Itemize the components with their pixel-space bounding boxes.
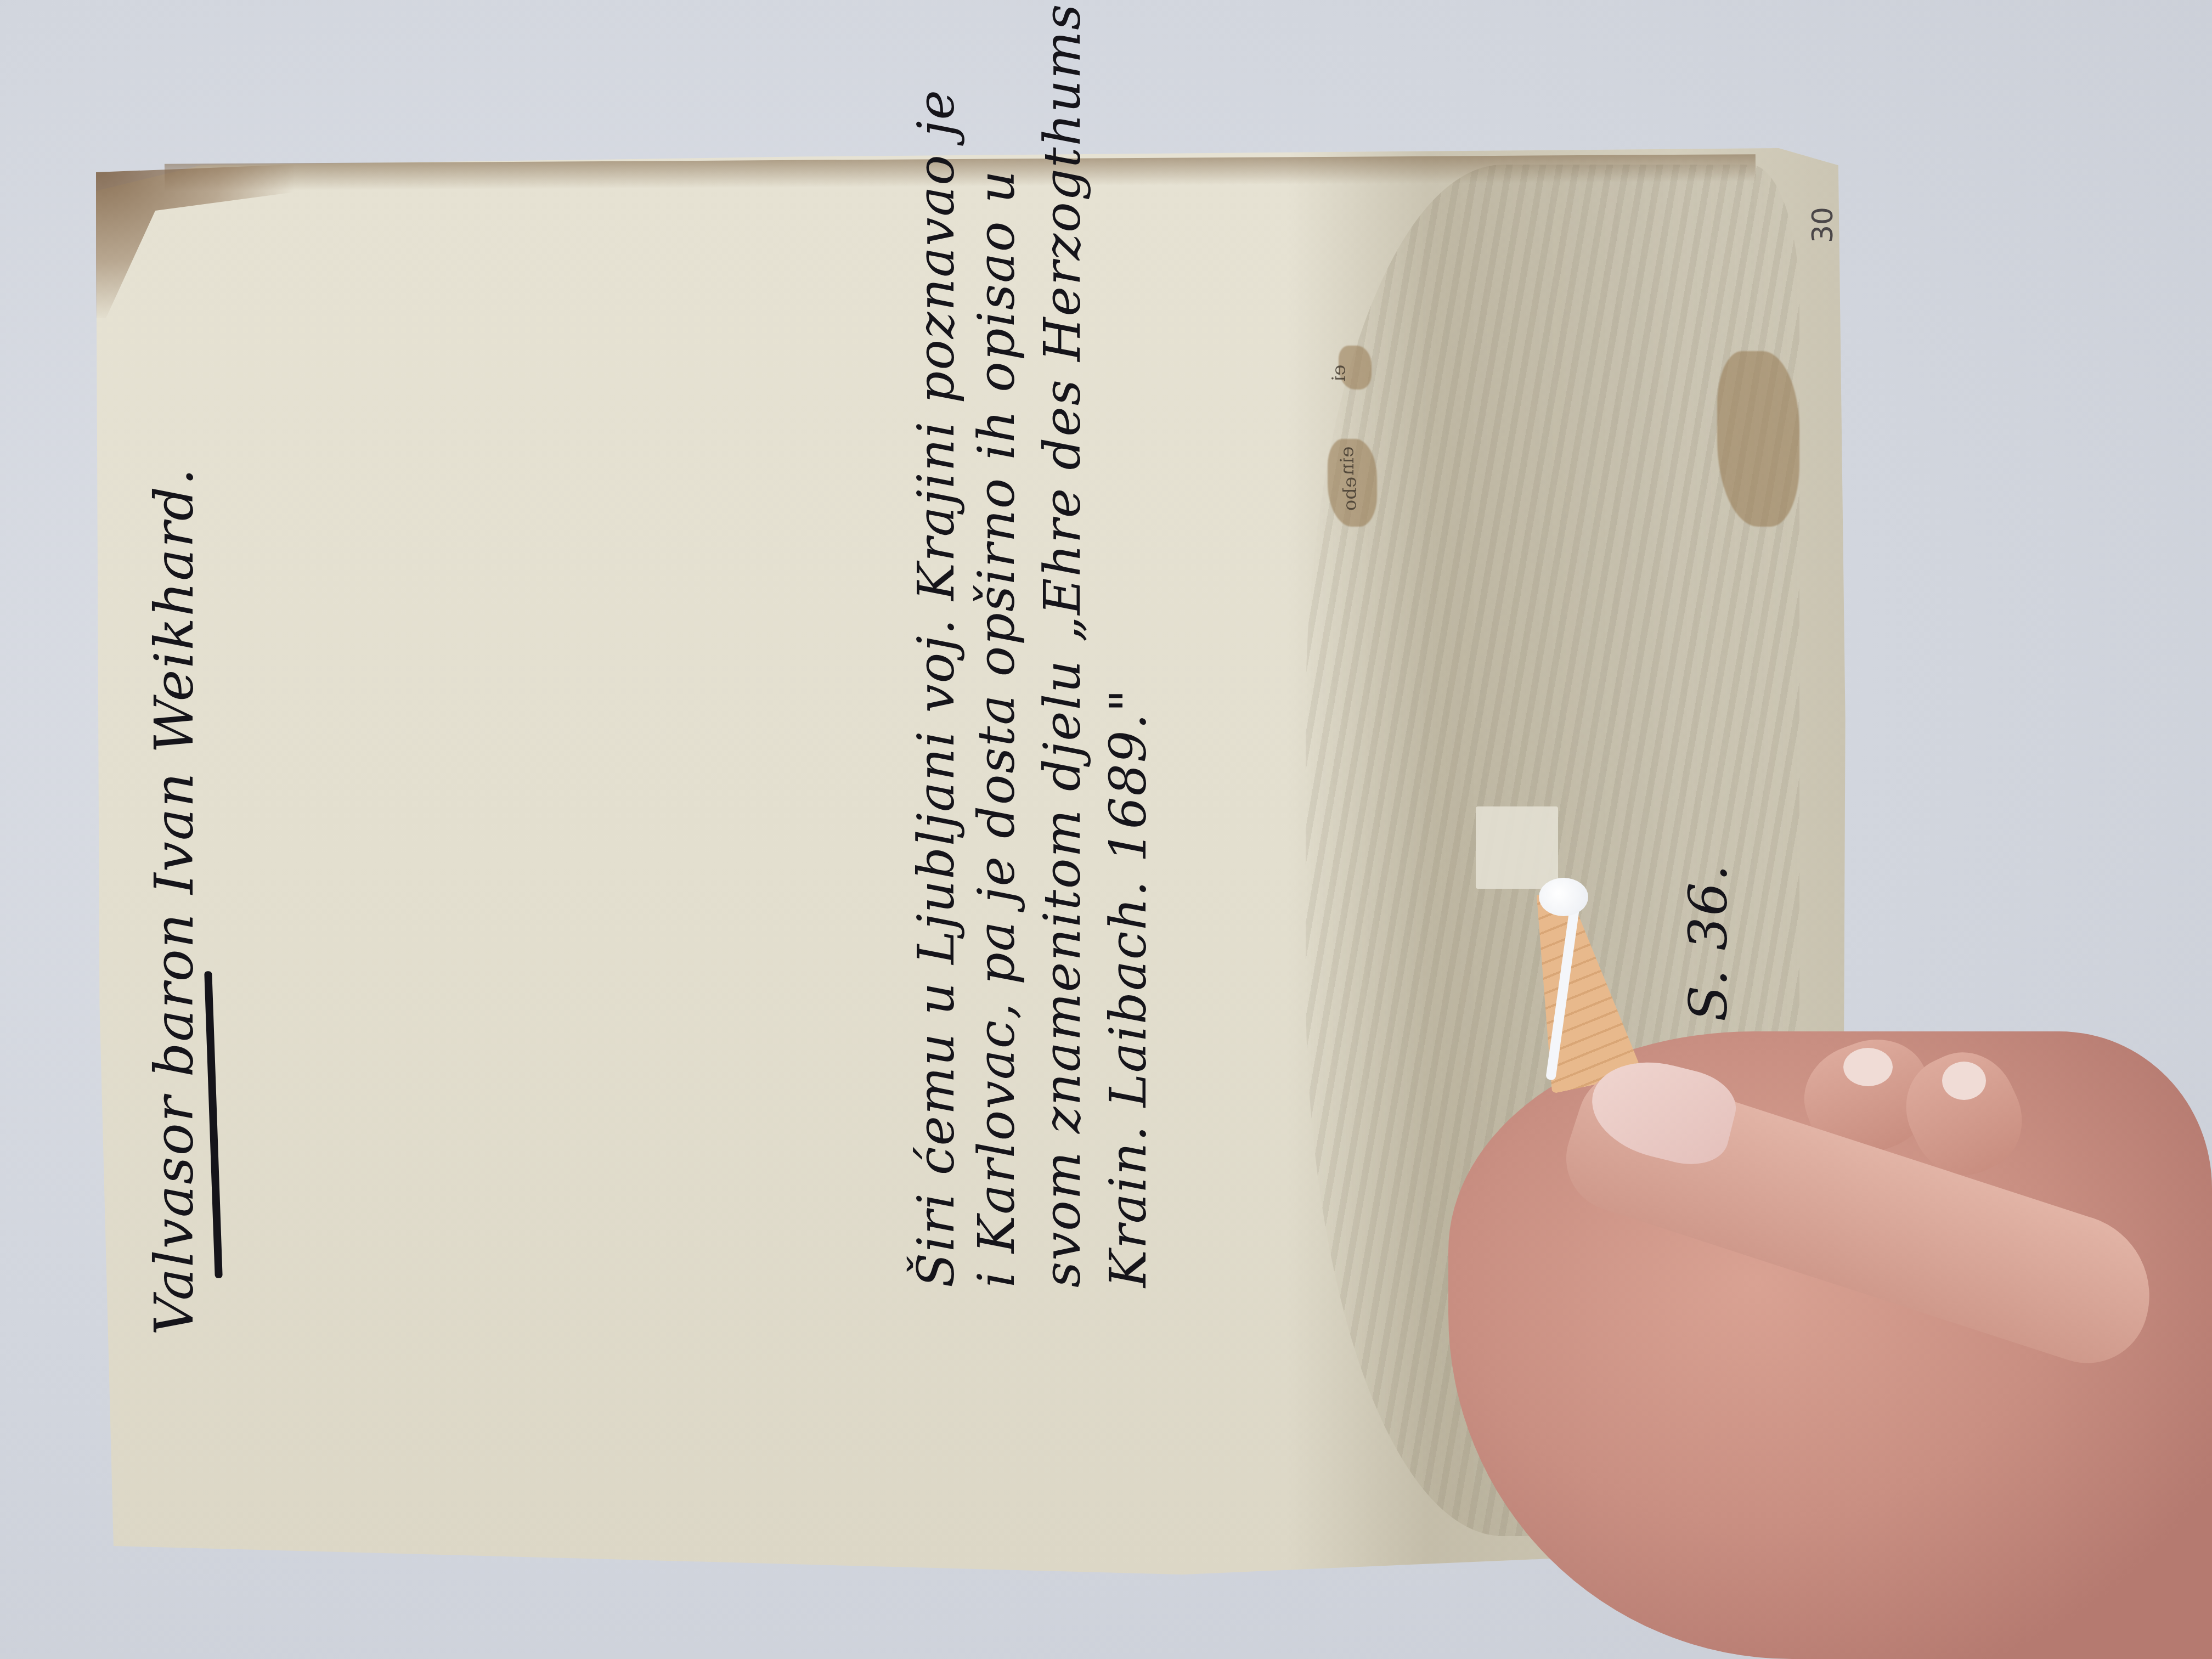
- residue-text: ein: [1336, 447, 1358, 476]
- residue-text: ei: [1328, 365, 1350, 382]
- swab-cotton-tip: [1539, 878, 1588, 916]
- body-line-3: svom znamenitom djelu „Ehre des Herzogth…: [1033, 3, 1092, 1288]
- body-line-1: Širi ćemu u Ljubljani voj. Krajini pozna…: [907, 89, 966, 1288]
- body-line-2: i Karlovac, pa je dosta opširno ih opisa…: [967, 170, 1026, 1288]
- residue-text: ebo: [1339, 477, 1361, 511]
- page-number: 30: [1807, 207, 1839, 243]
- fingernail: [1843, 1048, 1893, 1086]
- residue-patch: [1717, 351, 1799, 527]
- document-title: Valvasor baron Ivan Weikhard.: [143, 467, 206, 1335]
- fingernail: [1942, 1062, 1986, 1100]
- body-line-4: Krain. Laibach. 1689.": [1099, 688, 1158, 1288]
- cleaned-area: [1476, 806, 1558, 889]
- photo-scene: ei ein ebo Valvasor baron Ivan Weikhard.…: [0, 0, 2212, 1659]
